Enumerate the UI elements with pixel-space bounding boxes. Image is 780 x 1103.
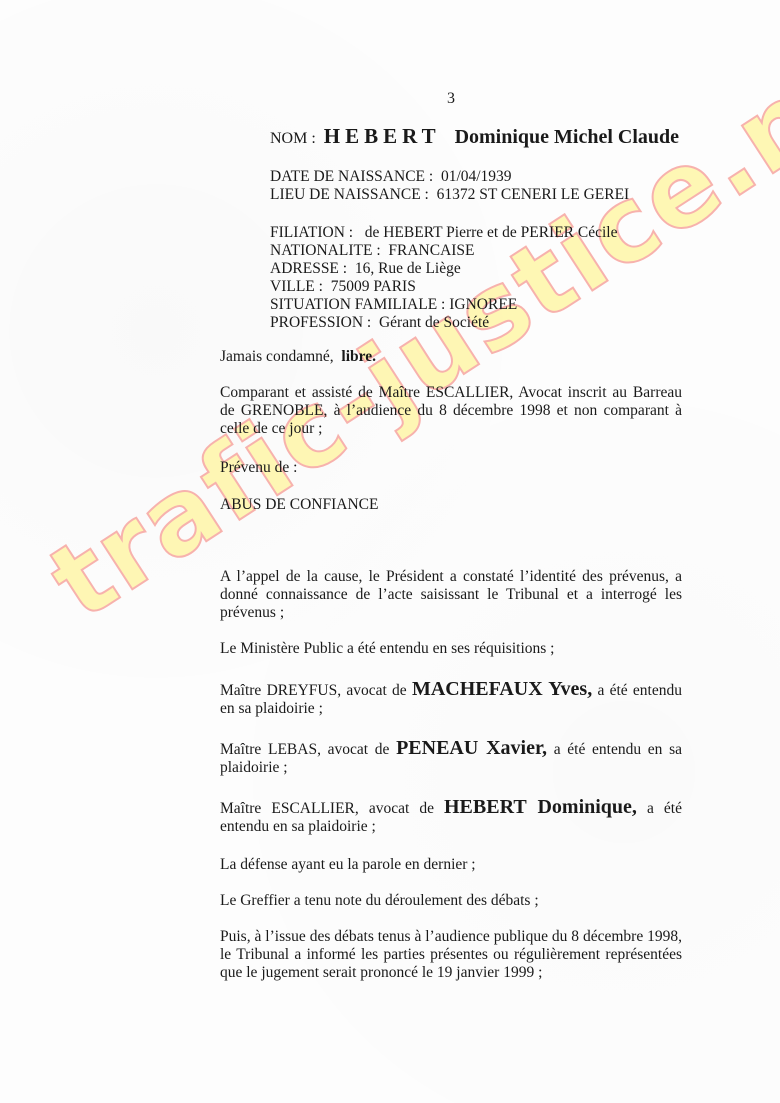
defense-paragraph: La défense ayant eu la parole en dernier… (220, 856, 682, 874)
criminal-status: Jamais condamné, libre. (220, 348, 682, 366)
page-number: 3 (447, 90, 455, 108)
field-row: NATIONALITE : FRANCAISE (270, 242, 617, 260)
field-value: 61372 ST CENERI LE GEREI (437, 186, 630, 203)
field-label: DATE DE NAISSANCE : (270, 168, 433, 185)
comparant-paragraph: Comparant et assisté de Maître ESCALLIER… (220, 384, 682, 438)
prevenu-label: Prévenu de : (220, 459, 682, 477)
charge: ABUS DE CONFIANCE (220, 496, 682, 514)
field-label: PROFESSION : (270, 314, 371, 331)
pleading-text: Maître LEBAS, avocat de (220, 741, 396, 758)
pleading-paragraph: Maître LEBAS, avocat de PENEAU Xavier, a… (220, 739, 682, 777)
birth-fields: DATE DE NAISSANCE : 01/04/1939 LIEU DE N… (270, 168, 629, 204)
field-label: LIEU DE NAISSANCE : (270, 186, 429, 203)
appel-paragraph: A l’appel de la cause, le Président a co… (220, 568, 682, 622)
field-value: FRANCAISE (388, 242, 474, 259)
field-value: IGNOREE (449, 296, 517, 313)
field-row: LIEU DE NAISSANCE : 61372 ST CENERI LE G… (270, 186, 629, 204)
defendant-name: PENEAU Xavier, (396, 737, 547, 759)
nom-label: NOM : (270, 130, 316, 147)
ministere-paragraph: Le Ministère Public a été entendu en ses… (220, 640, 682, 658)
field-value: 16, Rue de Liège (355, 260, 461, 277)
field-row: FILIATION : de HEBERT Pierre et de PERIE… (270, 224, 617, 242)
pleading-paragraph: Maître DREYFUS, avocat de MACHEFAUX Yves… (220, 680, 682, 718)
pleading-text: Maître DREYFUS, avocat de (220, 682, 412, 699)
greffier-paragraph: Le Greffier a tenu note du déroulement d… (220, 892, 682, 910)
document-content: 3 NOM : HEBERT Dominique Michel Claude D… (0, 0, 780, 1103)
document-page: trafic-justice.net 3 NOM : HEBERT Domini… (0, 0, 780, 1103)
status-text: Jamais condamné, (220, 348, 334, 365)
field-row: VILLE : 75009 PARIS (270, 278, 617, 296)
name-heading: NOM : HEBERT Dominique Michel Claude (270, 124, 679, 151)
issue-paragraph: Puis, à l’issue des débats tenus à l’aud… (220, 928, 682, 982)
status-bold: libre. (341, 348, 376, 365)
identity-fields: FILIATION : de HEBERT Pierre et de PERIE… (270, 224, 617, 332)
pleading-text: Maître ESCALLIER, avocat de (220, 800, 444, 817)
field-row: SITUATION FAMILIALE : IGNOREE (270, 296, 617, 314)
field-label: FILIATION : (270, 224, 353, 241)
field-value: 75009 PARIS (331, 278, 416, 295)
pleading-paragraph: Maître ESCALLIER, avocat de HEBERT Domin… (220, 798, 682, 836)
defendant-name: HEBERT Dominique, (444, 796, 637, 818)
surname: HEBERT (324, 124, 441, 148)
field-value: Gérant de Société (379, 314, 489, 331)
field-row: PROFESSION : Gérant de Société (270, 314, 617, 332)
field-label: ADRESSE : (270, 260, 347, 277)
field-row: ADRESSE : 16, Rue de Liège (270, 260, 617, 278)
defendant-name: MACHEFAUX Yves, (412, 678, 592, 700)
field-label: SITUATION FAMILIALE : (270, 296, 445, 313)
field-label: NATIONALITE : (270, 242, 381, 259)
field-row: DATE DE NAISSANCE : 01/04/1939 (270, 168, 629, 186)
field-value: de HEBERT Pierre et de PERIER Cécile (365, 224, 618, 241)
field-value: 01/04/1939 (441, 168, 512, 185)
field-label: VILLE : (270, 278, 323, 295)
first-names: Dominique Michel Claude (455, 126, 679, 148)
